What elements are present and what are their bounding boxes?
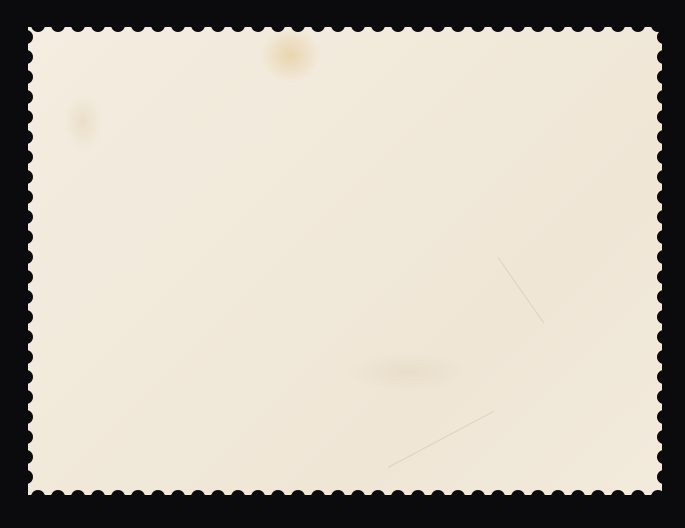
perforation-hole (591, 18, 605, 32)
perforation-hole (657, 450, 671, 464)
perforation-hole (657, 430, 671, 444)
perforation-hole (91, 18, 105, 32)
perforation-hole (19, 50, 33, 64)
perforation-hole (657, 190, 671, 204)
perforation-hole (191, 18, 205, 32)
perforation-hole (351, 18, 365, 32)
perforation-hole (19, 190, 33, 204)
perforation-hole (491, 490, 505, 504)
perforation-hole (271, 18, 285, 32)
perforation-hole (19, 30, 33, 44)
perforation-hole (19, 130, 33, 144)
perforation-hole (19, 330, 33, 344)
perforation-hole (431, 490, 445, 504)
perforation-hole (657, 130, 671, 144)
perforation-hole (111, 490, 125, 504)
perforation-hole (631, 18, 645, 32)
perforation-hole (611, 490, 625, 504)
perforation-hole (657, 150, 671, 164)
perforation-hole (531, 18, 545, 32)
perforation-hole (19, 210, 33, 224)
perforation-hole (631, 490, 645, 504)
perforation-hole (657, 330, 671, 344)
perforation-hole (19, 430, 33, 444)
perforation-hole (19, 270, 33, 284)
perforation-hole (657, 270, 671, 284)
perforation-hole (657, 290, 671, 304)
perforation-hole (19, 310, 33, 324)
paper-crease (498, 257, 545, 323)
perforation-hole (657, 370, 671, 384)
perforation-hole (451, 18, 465, 32)
perforation-hole (19, 170, 33, 184)
perforation-hole (19, 110, 33, 124)
perforation-hole (331, 490, 345, 504)
perforation-hole (51, 18, 65, 32)
perforation-hole (511, 490, 525, 504)
perforation-hole (251, 490, 265, 504)
perforation-hole (657, 350, 671, 364)
stamp-back (28, 27, 662, 495)
perforation-hole (511, 18, 525, 32)
perforation-hole (657, 250, 671, 264)
perforation-hole (657, 470, 671, 484)
perforation-hole (51, 490, 65, 504)
perforation-hole (657, 30, 671, 44)
perforation-hole (531, 490, 545, 504)
perforation-hole (311, 18, 325, 32)
perforation-hole (251, 18, 265, 32)
perforation-hole (411, 18, 425, 32)
perforation-hole (657, 410, 671, 424)
perforation-hole (171, 18, 185, 32)
perforation-hole (351, 490, 365, 504)
perforation-hole (231, 18, 245, 32)
perforation-hole (657, 390, 671, 404)
perforation-hole (211, 490, 225, 504)
perforation-hole (19, 470, 33, 484)
perforation-hole (451, 490, 465, 504)
perforation-hole (391, 18, 405, 32)
perforation-hole (19, 90, 33, 104)
perforation-hole (611, 18, 625, 32)
perforation-hole (91, 490, 105, 504)
perforation-hole (657, 50, 671, 64)
perforation-hole (19, 390, 33, 404)
perforation-hole (171, 490, 185, 504)
perforation-hole (491, 18, 505, 32)
perforation-hole (71, 18, 85, 32)
perforation-hole (19, 290, 33, 304)
perforation-hole (571, 490, 585, 504)
perforation-hole (651, 490, 665, 504)
perforation-hole (131, 490, 145, 504)
perforation-hole (19, 450, 33, 464)
perforation-hole (431, 18, 445, 32)
perforation-hole (551, 490, 565, 504)
perforation-hole (31, 18, 45, 32)
perforation-hole (19, 410, 33, 424)
perforation-hole (131, 18, 145, 32)
perforation-hole (71, 490, 85, 504)
perforation-hole (657, 70, 671, 84)
perforation-hole (19, 370, 33, 384)
perforation-hole (471, 490, 485, 504)
perforation-hole (19, 150, 33, 164)
perforation-hole (311, 490, 325, 504)
perforation-hole (211, 18, 225, 32)
perforation-hole (657, 90, 671, 104)
perforation-hole (19, 70, 33, 84)
perforation-hole (191, 490, 205, 504)
perforation-hole (471, 18, 485, 32)
perforation-hole (271, 490, 285, 504)
perforation-hole (657, 170, 671, 184)
perforation-hole (657, 230, 671, 244)
perforation-hole (551, 18, 565, 32)
perforation-hole (371, 18, 385, 32)
perforation-hole (19, 250, 33, 264)
perforation-hole (591, 490, 605, 504)
perforation-hole (657, 310, 671, 324)
perforation-hole (31, 490, 45, 504)
perforation-hole (657, 210, 671, 224)
perforation-hole (151, 18, 165, 32)
perforation-hole (231, 490, 245, 504)
perforation-hole (151, 490, 165, 504)
perforation-hole (391, 490, 405, 504)
perforation-hole (19, 350, 33, 364)
perforation-hole (331, 18, 345, 32)
perforation-hole (411, 490, 425, 504)
perforation-hole (291, 18, 305, 32)
perforation-hole (291, 490, 305, 504)
perforation-hole (657, 110, 671, 124)
perforation-hole (19, 230, 33, 244)
perforation-hole (371, 490, 385, 504)
perforation-hole (111, 18, 125, 32)
paper-crease (388, 411, 494, 468)
perforation-hole (571, 18, 585, 32)
